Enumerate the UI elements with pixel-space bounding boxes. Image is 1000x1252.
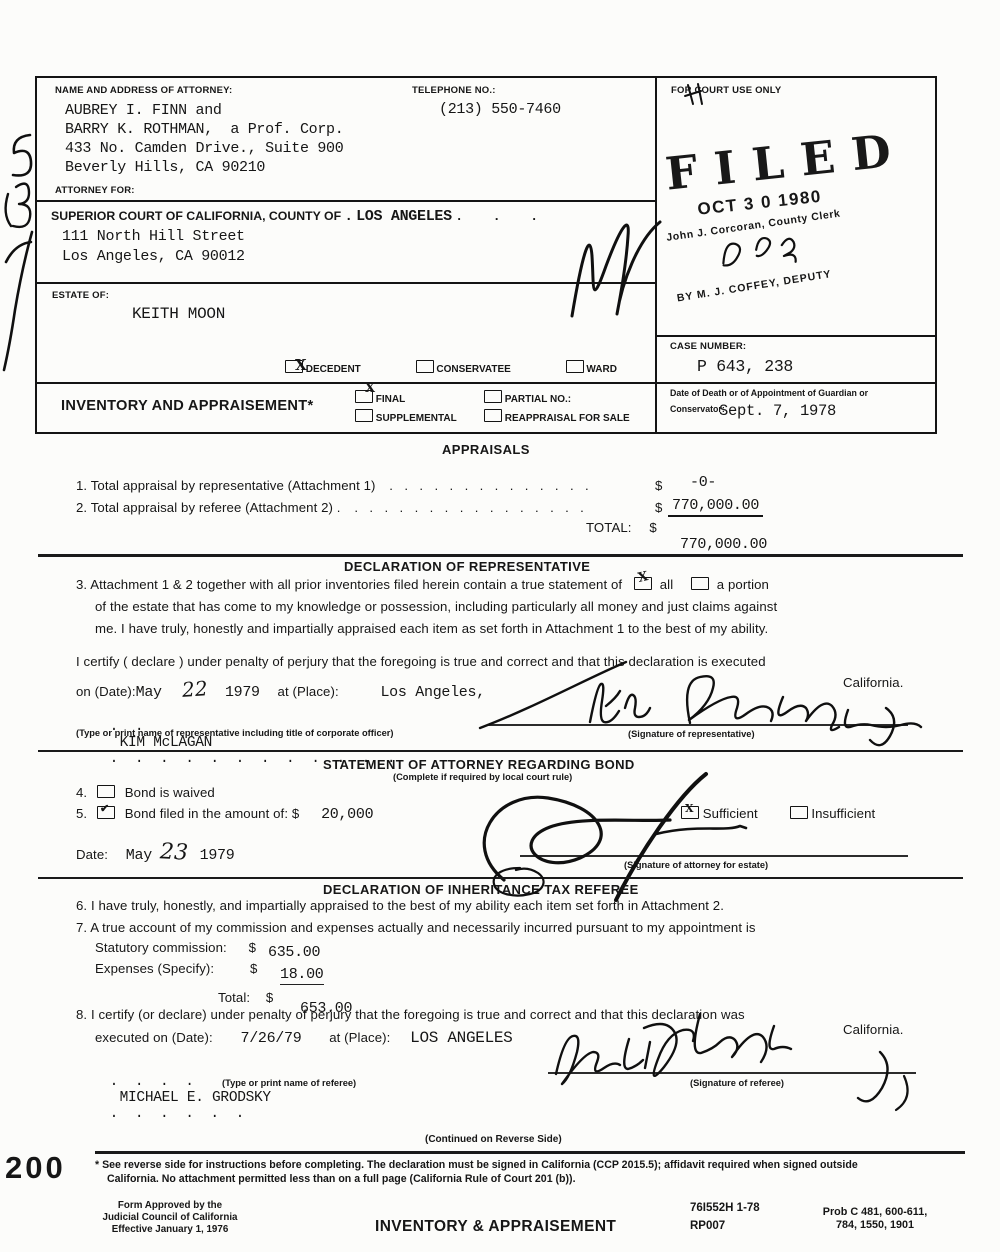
appraisals-total-value: 770,000.00: [680, 536, 767, 553]
divider-rep: [38, 750, 963, 752]
commission-dollar: $: [249, 940, 256, 955]
footnote-line-2: California. No attachment permitted less…: [107, 1173, 576, 1185]
decedent-x-mark: X: [295, 358, 307, 373]
portion-checkbox: [691, 577, 709, 590]
bond-date-month: May: [126, 847, 152, 864]
court-title: SUPERIOR COURT OF CALIFORNIA, COUNTY OF …: [51, 208, 538, 225]
rep-title: DECLARATION OF REPRESENTATIVE: [344, 559, 590, 574]
court-post-dots: . . .: [455, 209, 538, 224]
bond-date-label: Date:: [76, 847, 108, 862]
commission-line: Statutory commission: $: [95, 940, 256, 955]
attorney-label: NAME AND ADDRESS OF ATTORNEY:: [55, 85, 232, 96]
portion-label: a portion: [717, 577, 769, 592]
margin-scribble-7: [2, 228, 38, 408]
reappraisal-checkbox: [484, 409, 502, 422]
rep-date-day: 22: [181, 676, 208, 702]
continued-note: (Continued on Reverse Side): [425, 1134, 562, 1145]
insufficient-label: Insufficient: [811, 806, 875, 821]
death-date-value: Sept. 7, 1978: [719, 402, 836, 420]
form-approved-3: Effective January 1, 1976: [90, 1224, 250, 1236]
appraisal-2-leader: . . . . . . . . . . . . . . . .: [354, 500, 584, 515]
referee-title-circle: [490, 866, 550, 900]
referee-name: MICHAEL E. GRODSKY: [120, 1090, 271, 1106]
referee-exec-line: executed on (Date): 7/26/79 at (Place): …: [95, 1029, 512, 1047]
margin-scribble-5: [6, 132, 36, 178]
attorney-line-4: Beverly Hills, CA 90210: [65, 159, 265, 176]
attorney-for-label: ATTORNEY FOR:: [55, 185, 135, 196]
final-label: FINAL: [376, 394, 405, 405]
rep-place-value: Los Angeles,: [380, 684, 484, 701]
appraisal-1-leader: . . . . . . . . . . . . . .: [389, 478, 589, 493]
reappraisal-checkbox-group: REAPPRAISAL FOR SALE: [484, 409, 630, 424]
referee-total-dollar: $: [266, 990, 273, 1005]
case-number-label: CASE NUMBER:: [670, 341, 746, 352]
partial-checkbox-group: PARTIAL NO.:: [484, 390, 571, 405]
ward-label: WARD: [586, 364, 617, 375]
rep-date-year: 1979: [225, 684, 260, 701]
expenses-label: Expenses (Specify):: [95, 961, 214, 976]
total-dollar: $: [649, 520, 656, 535]
telephone-value: (213) 550-7460: [439, 101, 561, 118]
rep-name-caption: (Type or print name of representative in…: [76, 728, 394, 738]
exec-date-value: 7/26/79: [241, 1030, 302, 1047]
final-checkbox-group: X FINAL: [355, 390, 405, 405]
header-right-column: FOR COURT USE ONLY FILED OCT 3 0 1980 Jo…: [657, 78, 935, 432]
court-address-1: 111 North Hill Street: [62, 228, 245, 245]
prob-code-2: 784, 1550, 1901: [800, 1219, 950, 1232]
prob-code-block: Prob C 481, 600-611, 784, 1550, 1901: [800, 1206, 950, 1232]
margin-scribble-30: [2, 182, 36, 234]
rep-at-place-label: at (Place):: [278, 684, 339, 699]
all-checkbox: X: [634, 577, 652, 590]
decedent-checkbox: X: [285, 360, 303, 373]
footnote-line-1: * See reverse side for instructions befo…: [95, 1159, 858, 1171]
appraisals-title: APPRAISALS: [442, 442, 530, 457]
supplemental-checkbox: [355, 409, 373, 422]
bond-filed-label: Bond filed in the amount of: $: [125, 806, 300, 821]
all-x-mark: X: [637, 570, 650, 585]
filed-stamp: FILED OCT 3 0 1980 John J. Corcoran, Cou…: [663, 120, 947, 297]
bond-filed-checkbox: ✔: [97, 806, 115, 819]
footer-form-title: INVENTORY & APPRAISEMENT: [375, 1218, 616, 1236]
telephone-label: TELEPHONE NO.:: [412, 85, 496, 96]
referee-post-dots: . . . . . .: [110, 1106, 244, 1122]
form-approved-block: Form Approved by the Judicial Council of…: [90, 1200, 250, 1236]
ward-checkbox: [566, 360, 584, 373]
court-use-scribble: [681, 82, 707, 106]
court-county: LOS ANGELES: [356, 208, 452, 225]
bond-subtitle: (Complete if required by local court rul…: [393, 772, 572, 782]
bond-item-5: 5. ✔ Bond filed in the amount of: $ 20,0…: [76, 806, 373, 823]
court-address-2: Los Angeles, CA 90012: [62, 248, 245, 265]
bond-5-number: 5.: [76, 806, 87, 821]
appraisal-1-dollar: $: [655, 478, 662, 493]
death-date-label-1: Date of Death or of Appointment of Guard…: [670, 388, 868, 398]
attorney-line-3: 433 No. Camden Drive., Suite 900: [65, 140, 343, 157]
exec-date-label: executed on (Date):: [95, 1030, 213, 1045]
rep-date-line: on (Date):May 22 1979 at (Place): Los An…: [76, 677, 485, 701]
bond-waived-checkbox: [97, 785, 115, 798]
estate-of-label: ESTATE OF:: [52, 290, 109, 301]
bond-date-line: Date: May 23 1979: [76, 840, 234, 865]
page-number: 200: [5, 1150, 66, 1186]
form-title: INVENTORY AND APPRAISEMENT*: [61, 398, 313, 414]
bond-4-number: 4.: [76, 785, 87, 800]
bond-amount: 20,000: [321, 806, 373, 823]
partial-checkbox: [484, 390, 502, 403]
divider-footer: [95, 1151, 965, 1154]
form-approved-2: Judicial Council of California: [90, 1212, 250, 1224]
footer-code-2: RP007: [690, 1220, 725, 1232]
divider-appraisals: [38, 554, 963, 557]
referee-pre-dots: . . . .: [110, 1074, 194, 1090]
reappraisal-label: REAPPRAISAL FOR SALE: [505, 413, 630, 424]
final-x-mark: X: [365, 382, 375, 395]
appraisal-line-1: 1. Total appraisal by representative (At…: [76, 478, 589, 493]
decedent-label: DECEDENT: [306, 364, 361, 375]
bond-item-4: 4. Bond is waived: [76, 785, 215, 800]
commission-label: Statutory commission:: [95, 940, 227, 955]
expenses-dollar: $: [250, 961, 257, 976]
appraisal-2-dollar: $: [655, 500, 662, 515]
attorney-line-1: AUBREY I. FINN and: [65, 102, 222, 119]
exec-place-value: LOS ANGELES: [410, 1029, 512, 1047]
referee-total-line: Total: $: [218, 990, 273, 1005]
bond-date-day: 23: [159, 839, 188, 865]
appraisal-1-value: -0-: [690, 474, 716, 491]
form-header-box: NAME AND ADDRESS OF ATTORNEY: TELEPHONE …: [35, 76, 937, 434]
referee-name-caption: (Type or print name of referee): [222, 1078, 356, 1088]
exec-at-place-label: at (Place):: [329, 1030, 390, 1045]
referee-line-7: 7. A true account of my commission and e…: [76, 920, 756, 935]
case-number-value: P 643, 238: [697, 357, 793, 376]
bond-filed-check-mark: ✔: [100, 803, 109, 814]
bond-title: STATEMENT OF ATTORNEY REGARDING BOND: [323, 757, 635, 772]
footer-code-1: 76I552H 1-78: [690, 1202, 760, 1214]
decedent-checkbox-row: X DECEDENT CONSERVATEE WARD: [285, 360, 617, 375]
conservatee-checkbox: [416, 360, 434, 373]
court-box-scribble: [560, 212, 675, 320]
court-title-text: SUPERIOR COURT OF CALIFORNIA, COUNTY OF: [51, 209, 341, 223]
total-label-text: TOTAL:: [586, 520, 632, 535]
insufficient-checkbox: [790, 806, 808, 819]
appraisal-2-value: 770,000.00: [668, 497, 763, 517]
representative-signature: [478, 660, 918, 755]
appraisal-1-label: 1. Total appraisal by representative (At…: [76, 478, 376, 493]
rep-date-month: May: [136, 684, 162, 701]
expenses-line: Expenses (Specify): $: [95, 961, 257, 976]
referee-total-label: Total:: [218, 990, 250, 1005]
commission-value: 635.00: [268, 944, 320, 961]
conservatee-label: CONSERVATEE: [436, 364, 510, 375]
rep-line-3: me. I have truly, honestly and impartial…: [95, 621, 768, 636]
rep-on-date-label: on (Date):: [76, 684, 136, 699]
rep-line-1: 3. Attachment 1 & 2 together with all pr…: [76, 577, 769, 592]
referee-signature: [548, 1022, 928, 1112]
bond-waived-label: Bond is waived: [125, 785, 215, 800]
rep-line-2: of the estate that has come to my knowle…: [95, 599, 777, 614]
partial-label: PARTIAL NO.:: [505, 394, 571, 405]
supplemental-checkbox-group: SUPPLEMENTAL: [355, 409, 457, 424]
prob-code-1: Prob C 481, 600-611,: [800, 1206, 950, 1219]
referee-title: DECLARATION OF INHERITANCE TAX REFEREE: [323, 882, 639, 897]
supplemental-label: SUPPLEMENTAL: [376, 413, 457, 424]
bond-date-year: 1979: [200, 847, 235, 864]
appraisal-line-2: 2. Total appraisal by referee (Attachmen…: [76, 500, 584, 515]
referee-line-8: 8. I certify (or declare) under penalty …: [76, 1007, 745, 1022]
referee-line-6: 6. I have truly, honestly, and impartial…: [76, 898, 724, 913]
appraisals-total-label: TOTAL: $: [586, 520, 657, 535]
rep-line-1-text: 3. Attachment 1 & 2 together with all pr…: [76, 577, 622, 592]
referee-name-line: . . . . MICHAEL E. GRODSKY . . . . . .: [76, 1058, 281, 1138]
estate-name: KEITH MOON: [132, 305, 225, 323]
all-label: all: [660, 577, 674, 592]
form-approved-1: Form Approved by the: [90, 1200, 250, 1212]
court-pre-dot: .: [345, 209, 353, 225]
scanned-court-form: NAME AND ADDRESS OF ATTORNEY: TELEPHONE …: [0, 0, 1000, 1252]
appraisal-2-label: 2. Total appraisal by referee (Attachmen…: [76, 500, 341, 515]
death-date-label-2: Conservator:: [670, 404, 725, 414]
attorney-line-2: BARRY K. ROTHMAN, a Prof. Corp.: [65, 121, 343, 138]
final-checkbox: X: [355, 390, 373, 403]
expenses-value: 18.00: [280, 966, 324, 985]
